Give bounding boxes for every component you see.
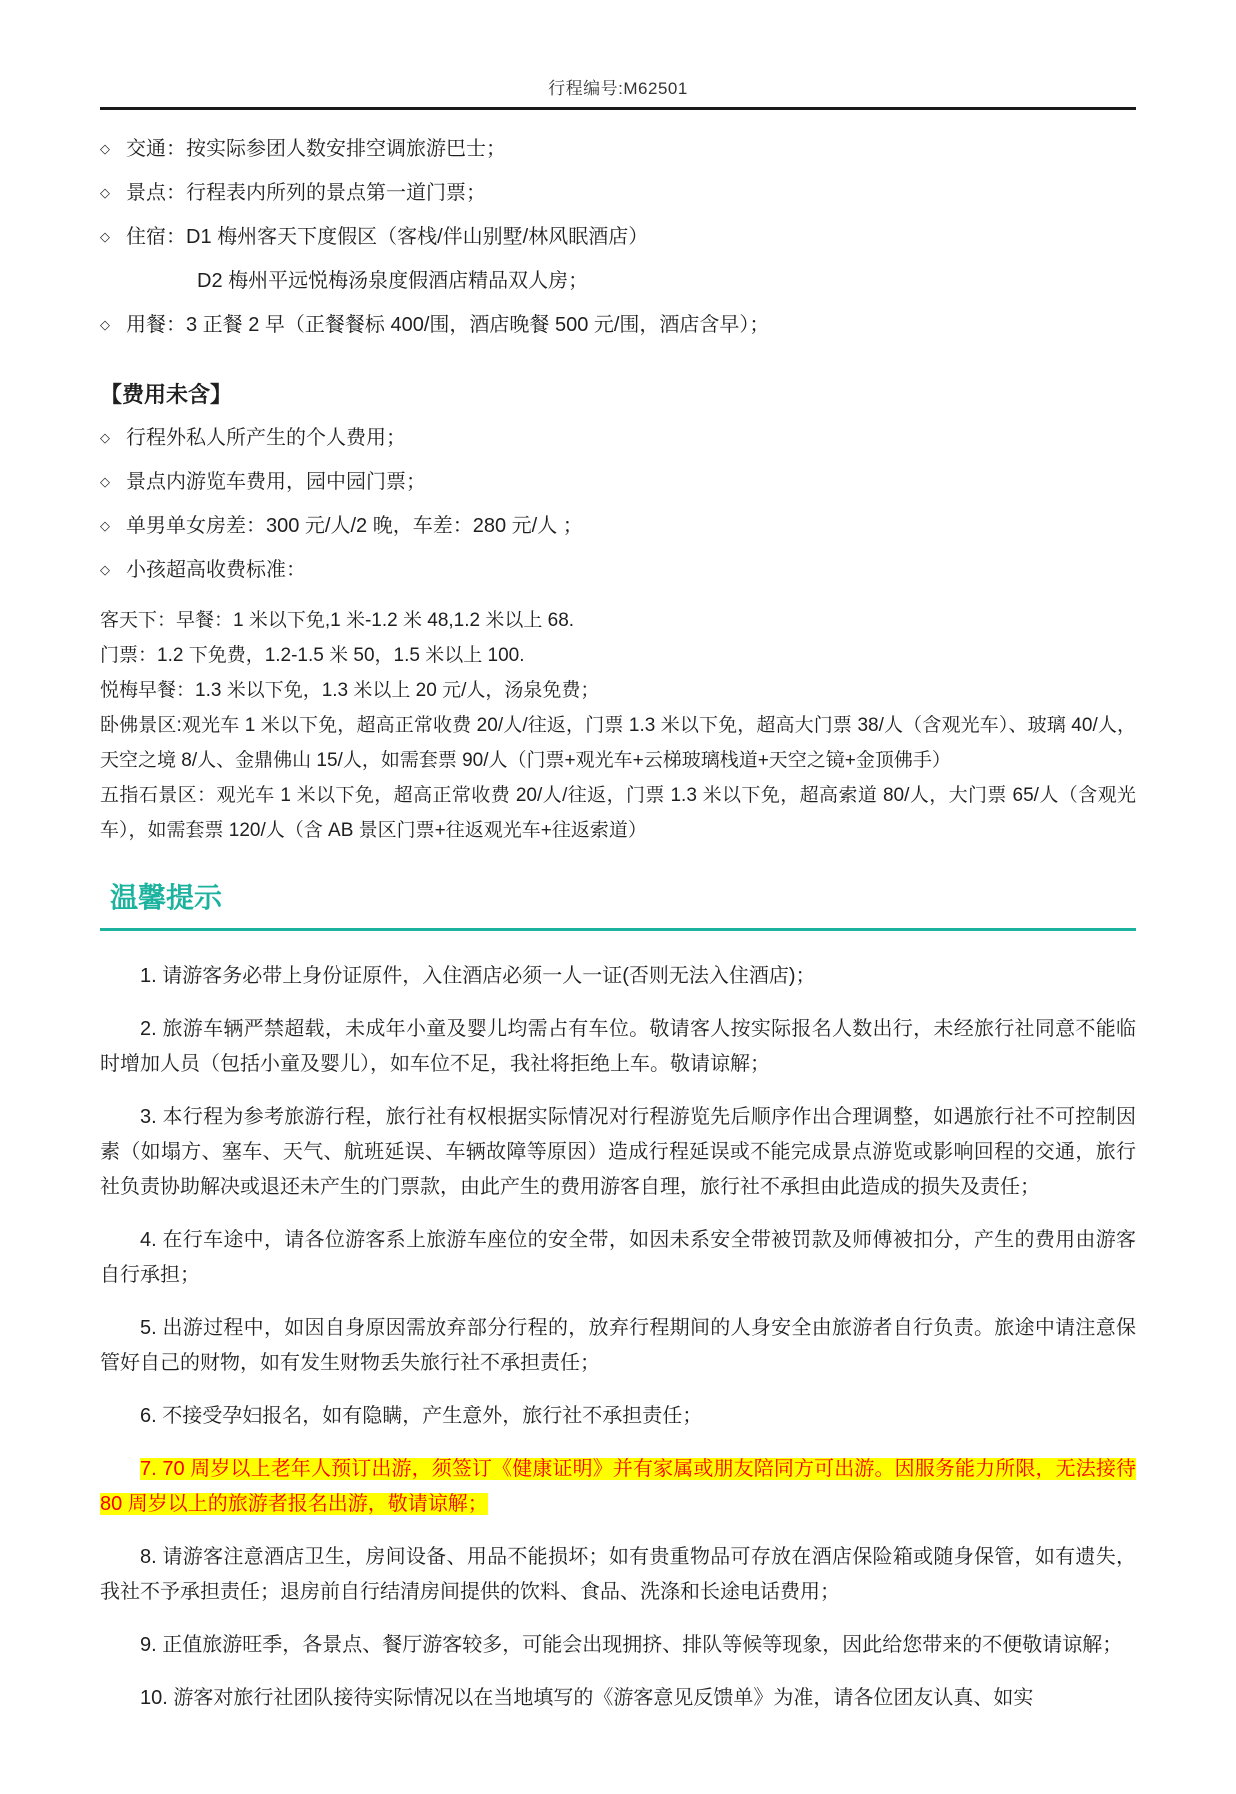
- tip-paragraph: 3. 本行程为参考旅游行程，旅行社有权根据实际情况对行程游览先后顺序作出合理调整…: [100, 1100, 1136, 1205]
- diamond-icon: ◇: [100, 134, 126, 164]
- bullet-text: 住宿：D1 梅州客天下度假区（客栈/伴山别墅/林风眠酒店）: [126, 222, 1136, 252]
- tip-paragraph: 6. 不接受孕妇报名，如有隐瞒，产生意外，旅行社不承担责任；: [100, 1399, 1136, 1434]
- bullet-text: 用餐：3 正餐 2 早（正餐餐标 400/围，酒店晚餐 500 元/围，酒店含早…: [126, 310, 1136, 340]
- bullet-item-child-fees: ◇ 小孩超高收费标准：: [100, 555, 1136, 585]
- diamond-icon: ◇: [100, 423, 126, 453]
- tip-paragraph: 2. 旅游车辆严禁超载，未成年小童及婴儿均需占有车位。敬请客人按实际报名人数出行…: [100, 1012, 1136, 1082]
- diamond-icon: ◇: [100, 178, 126, 208]
- highlighted-tip-text: 7. 70 周岁以上老年人预订出游，须签订《健康证明》并有家属或朋友陪同方可出游…: [100, 1458, 1136, 1515]
- tip-paragraph-highlighted: 7. 70 周岁以上老年人预订出游，须签订《健康证明》并有家属或朋友陪同方可出游…: [100, 1452, 1136, 1522]
- child-fee-notes: 客天下：早餐：1 米以下免,1 米-1.2 米 48,1.2 米以上 68. 门…: [100, 603, 1136, 848]
- tip-text: 10. 游客对旅行社团队接待实际情况以在当地填写的《游客意见反馈单》为准，请各位…: [140, 1687, 1033, 1709]
- trip-number: 行程编号:M62501: [100, 74, 1136, 99]
- bullet-text: 小孩超高收费标准：: [126, 555, 1136, 585]
- diamond-icon: ◇: [100, 310, 126, 340]
- included-list: ◇ 交通：按实际参团人数安排空调旅游巴士； ◇ 景点：行程表内所列的景点第一道门…: [100, 134, 1136, 340]
- bullet-subtext: D2 梅州平远悦梅汤泉度假酒店精品双人房；: [126, 266, 1136, 296]
- bullet-text: 交通：按实际参团人数安排空调旅游巴士；: [126, 134, 1136, 164]
- note-paragraph: 五指石景区：观光车 1 米以下免，超高正常收费 20/人/往返，门票 1.3 米…: [100, 778, 1136, 848]
- bullet-item-transport: ◇ 交通：按实际参团人数安排空调旅游巴士；: [100, 134, 1136, 164]
- bullet-item-meals: ◇ 用餐：3 正餐 2 早（正餐餐标 400/围，酒店晚餐 500 元/围，酒店…: [100, 310, 1136, 340]
- bullet-item-accommodation: ◇ 住宿：D1 梅州客天下度假区（客栈/伴山别墅/林风眠酒店） D2 梅州平远悦…: [100, 222, 1136, 296]
- tips-body: 1. 请游客务必带上身份证原件，入住酒店必须一人一证(否则无法入住酒店)； 2.…: [100, 931, 1136, 1716]
- bullet-text: 单男单女房差：300 元/人/2 晚，车差：280 元/人 ；: [126, 511, 1136, 541]
- tip-paragraph: 1. 请游客务必带上身份证原件，入住酒店必须一人一证(否则无法入住酒店)；: [100, 959, 1136, 994]
- tip-text: 3. 本行程为参考旅游行程，旅行社有权根据实际情况对行程游览先后顺序作出合理调整…: [100, 1106, 1136, 1198]
- tip-text: 6. 不接受孕妇报名，如有隐瞒，产生意外，旅行社不承担责任；: [140, 1405, 702, 1427]
- section-fees-excluded: 【费用未含】 ◇ 行程外私人所产生的个人费用； ◇ 景点内游览车费用，园中园门票…: [100, 378, 1136, 848]
- doc-header: 行程编号:M62501: [100, 0, 1136, 110]
- note-paragraph: 卧佛景区:观光车 1 米以下免，超高正常收费 20/人/往返，门票 1.3 米以…: [100, 708, 1136, 778]
- document-page: 行程编号:M62501 ◇ 交通：按实际参团人数安排空调旅游巴士； ◇ 景点：行…: [0, 0, 1236, 1794]
- diamond-icon: ◇: [100, 467, 126, 497]
- tips-title: 温馨提示: [100, 876, 1136, 916]
- bullet-item-attractions: ◇ 景点：行程表内所列的景点第一道门票；: [100, 178, 1136, 208]
- tip-paragraph: 9. 正值旅游旺季，各景点、餐厅游客较多，可能会出现拥挤、排队等候等现象，因此给…: [100, 1628, 1136, 1663]
- tip-paragraph: 4. 在行车途中，请各位游客系上旅游车座位的安全带，如因未系安全带被罚款及师傅被…: [100, 1223, 1136, 1293]
- tip-text: 2. 旅游车辆严禁超载，未成年小童及婴儿均需占有车位。敬请客人按实际报名人数出行…: [100, 1018, 1136, 1075]
- header-rule: [100, 107, 1136, 110]
- tip-text: 9. 正值旅游旺季，各景点、餐厅游客较多，可能会出现拥挤、排队等候等现象，因此给…: [140, 1634, 1122, 1656]
- bullet-item-single-supplement: ◇ 单男单女房差：300 元/人/2 晚，车差：280 元/人 ；: [100, 511, 1136, 541]
- tip-text: 8. 请游客注意酒店卫生，房间设备、用品不能损坏；如有贵重物品可存放在酒店保险箱…: [100, 1546, 1136, 1603]
- bullet-text: 景点内游览车费用，园中园门票；: [126, 467, 1136, 497]
- bullet-text: 行程外私人所产生的个人费用；: [126, 423, 1136, 453]
- tip-text: 4. 在行车途中，请各位游客系上旅游车座位的安全带，如因未系安全带被罚款及师傅被…: [100, 1229, 1136, 1286]
- section-fees-included: ◇ 交通：按实际参团人数安排空调旅游巴士； ◇ 景点：行程表内所列的景点第一道门…: [100, 134, 1136, 340]
- note-paragraph: 客天下：早餐：1 米以下免,1 米-1.2 米 48,1.2 米以上 68.: [100, 603, 1136, 638]
- bullet-item-personal-expenses: ◇ 行程外私人所产生的个人费用；: [100, 423, 1136, 453]
- tip-text: 1. 请游客务必带上身份证原件，入住酒店必须一人一证(否则无法入住酒店)；: [140, 965, 816, 987]
- bullet-text: 景点：行程表内所列的景点第一道门票；: [126, 178, 1136, 208]
- note-paragraph: 门票：1.2 下免费，1.2-1.5 米 50，1.5 米以上 100.: [100, 638, 1136, 673]
- bullet-item-shuttle-tickets: ◇ 景点内游览车费用，园中园门票；: [100, 467, 1136, 497]
- note-paragraph: 悦梅早餐：1.3 米以下免，1.3 米以上 20 元/人，汤泉免费；: [100, 673, 1136, 708]
- tip-paragraph: 8. 请游客注意酒店卫生，房间设备、用品不能损坏；如有贵重物品可存放在酒店保险箱…: [100, 1540, 1136, 1610]
- diamond-icon: ◇: [100, 222, 126, 252]
- diamond-icon: ◇: [100, 511, 126, 541]
- diamond-icon: ◇: [100, 555, 126, 585]
- tip-paragraph: 5. 出游过程中，如因自身原因需放弃部分行程的，放弃行程期间的人身安全由旅游者自…: [100, 1311, 1136, 1381]
- tip-paragraph: 10. 游客对旅行社团队接待实际情况以在当地填写的《游客意见反馈单》为准，请各位…: [100, 1681, 1136, 1716]
- section-title: 【费用未含】: [100, 378, 1136, 409]
- section-tips: 温馨提示 1. 请游客务必带上身份证原件，入住酒店必须一人一证(否则无法入住酒店…: [100, 876, 1136, 1716]
- tip-text: 5. 出游过程中，如因自身原因需放弃部分行程的，放弃行程期间的人身安全由旅游者自…: [100, 1317, 1136, 1374]
- excluded-list: ◇ 行程外私人所产生的个人费用； ◇ 景点内游览车费用，园中园门票； ◇ 单男单…: [100, 423, 1136, 585]
